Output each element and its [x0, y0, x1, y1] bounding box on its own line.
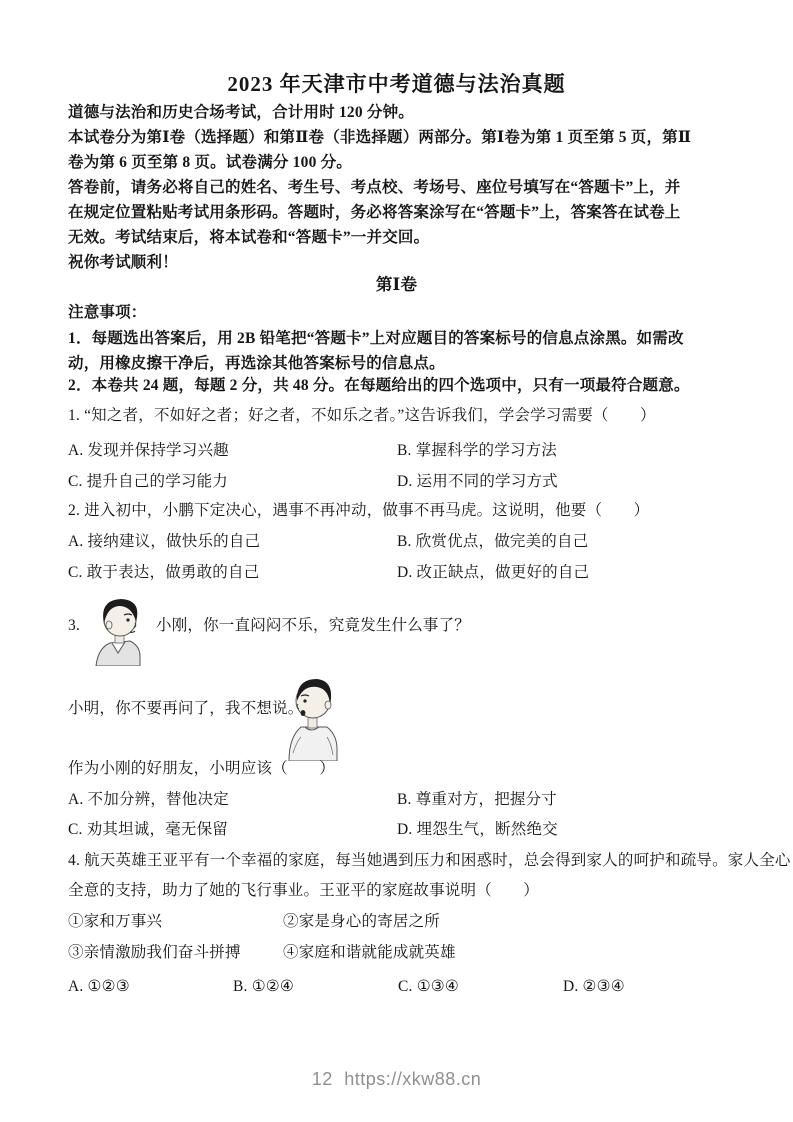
- q2-option-b: B. 欣赏优点，做完美的自己: [397, 531, 588, 552]
- preamble-line: 在规定位置粘贴考试用条形码。答题时，务必将答案涂写在“答题卡”上，答案答在试卷上: [68, 202, 681, 223]
- note-line: 1．每题选出答案后，用 2B 铅笔把“答题卡”上对应题目的答案标号的信息点涂黑。…: [68, 328, 684, 349]
- q4-option-b: B. ①②④: [233, 976, 294, 997]
- q4-option-a: A. ①②③: [68, 976, 130, 997]
- page-footer: 12 https://xkw88.cn: [0, 1069, 793, 1090]
- preamble-line: 本试卷分为第Ⅰ卷（选择题）和第Ⅱ卷（非选择题）两部分。第Ⅰ卷为第 1 页至第 5…: [68, 127, 691, 148]
- q4-stem-line: 4. 航天英雄王亚平有一个幸福的家庭，每当她遇到压力和困惑时，总会得到家人的呵护…: [68, 850, 791, 871]
- q4-item-1: ①家和万事兴: [68, 911, 162, 932]
- q2-stem: 2. 进入初中，小鹏下定决心，遇事不再冲动，做事不再马虎。这说明，他要（ ）: [68, 500, 649, 521]
- q3-dialog-2: 小明，你不要再问了，我不想说。: [68, 698, 304, 719]
- note-line: 动，用橡皮擦干净后，再选涂其他答案标号的信息点。: [68, 353, 445, 374]
- q3-option-c: C. 劝其坦诚，毫无保留: [68, 819, 228, 840]
- q4-option-d: D. ②③④: [563, 976, 625, 997]
- q2-option-a: A. 接纳建议，做快乐的自己: [68, 531, 260, 552]
- preamble-line-wish: 祝你考试顺利！: [68, 252, 178, 273]
- q2-option-d: D. 改正缺点，做更好的自己: [397, 562, 589, 583]
- section-heading-volume-1: 第Ⅰ卷: [0, 274, 793, 295]
- q1-option-b: B. 掌握科学的学习方法: [397, 440, 557, 461]
- preamble-line: 无效。考试结束后，将本试卷和“答题卡”一并交回。: [68, 227, 429, 248]
- boy-refusing-figure-icon: [277, 675, 345, 761]
- q2-option-c: C. 敢于表达，做勇敢的自己: [68, 562, 259, 583]
- exam-title: 2023 年天津市中考道德与法治真题: [0, 68, 793, 98]
- q3-option-a: A. 不加分辨，替他决定: [68, 789, 229, 810]
- q3-number: 3.: [68, 615, 80, 636]
- q1-option-d: D. 运用不同的学习方式: [397, 471, 558, 492]
- q3-option-d: D. 埋怨生气，断然绝交: [397, 819, 558, 840]
- q1-option-c: C. 提升自己的学习能力: [68, 471, 228, 492]
- q1-stem: 1. “知之者，不如好之者；好之者，不如乐之者。”这告诉我们，学会学习需要（ ）: [68, 405, 656, 426]
- preamble-line: 答卷前，请务必将自己的姓名、考生号、考点校、考场号、座位号填写在“答题卡”上，并: [68, 177, 681, 198]
- q4-item-4: ④家庭和谐就能成就英雄: [283, 942, 456, 963]
- q4-option-c: C. ①③④: [398, 976, 459, 997]
- q4-stem-line: 全意的支持，助力了她的飞行事业。王亚平的家庭故事说明（ ）: [68, 880, 539, 901]
- q4-item-3: ③亲情激励我们奋斗拼搏: [68, 942, 241, 963]
- exam-document-page: 2023 年天津市中考道德与法治真题 道德与法治和历史合场考试，合计用时 120…: [0, 0, 793, 1122]
- page-number: 12: [312, 1069, 333, 1089]
- q3-option-b: B. 尊重对方，把握分寸: [397, 789, 557, 810]
- q3-stem: 作为小刚的好朋友，小明应该（ ）: [68, 758, 335, 779]
- preamble-line: 道德与法治和历史合场考试，合计用时 120 分钟。: [68, 102, 414, 123]
- preamble-line: 卷为第 6 页至第 8 页。试卷满分 100 分。: [68, 152, 352, 173]
- notes-heading: 注意事项：: [68, 302, 147, 323]
- q3-dialog-1: 小刚，你一直闷闷不乐，究竟发生什么事了？: [156, 615, 470, 636]
- q1-option-a: A. 发现并保持学习兴趣: [68, 440, 229, 461]
- boy-asking-figure-icon: [88, 596, 150, 666]
- note-line: 2．本卷共 24 题，每题 2 分，共 48 分。在每题给出的四个选项中，只有一…: [68, 375, 690, 396]
- q4-item-2: ②家是身心的寄居之所: [283, 911, 440, 932]
- watermark-url: https://xkw88.cn: [344, 1069, 481, 1089]
